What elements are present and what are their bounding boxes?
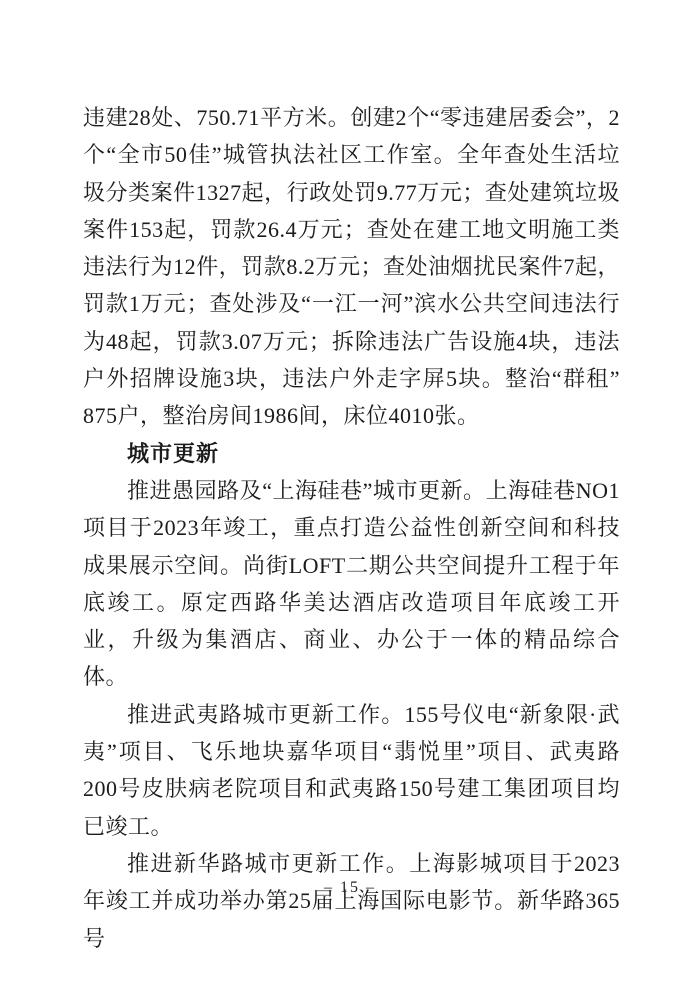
page-footer: – 15 – bbox=[0, 877, 700, 899]
paragraph-xinhua-road-renewal: 推进新华路城市更新工作。上海影城项目于2023年竣工并成功举办第25届上海国际电… bbox=[83, 845, 620, 957]
paragraph-wuyi-road-renewal: 推进武夷路城市更新工作。155号仪电“新象限·武夷”项目、飞乐地块嘉华项目“翡悦… bbox=[83, 696, 620, 845]
section-heading-urban-renewal: 城市更新 bbox=[83, 435, 620, 472]
document-page: 违建28处、750.71平方米。创建2个“零违建居委会”，2个“全市50佳”城管… bbox=[0, 0, 700, 983]
paragraph-yuyuan-road-renewal: 推进愚园路及“上海硅巷”城市更新。上海硅巷NO1项目于2023年竣工，重点打造公… bbox=[83, 472, 620, 696]
page-text-block: 违建28处、750.71平方米。创建2个“零违建居委会”，2个“全市50佳”城管… bbox=[83, 99, 620, 957]
paragraph-enforcement-statistics: 违建28处、750.71平方米。创建2个“零违建居委会”，2个“全市50佳”城管… bbox=[83, 99, 620, 435]
page-number: – 15 – bbox=[324, 879, 376, 896]
